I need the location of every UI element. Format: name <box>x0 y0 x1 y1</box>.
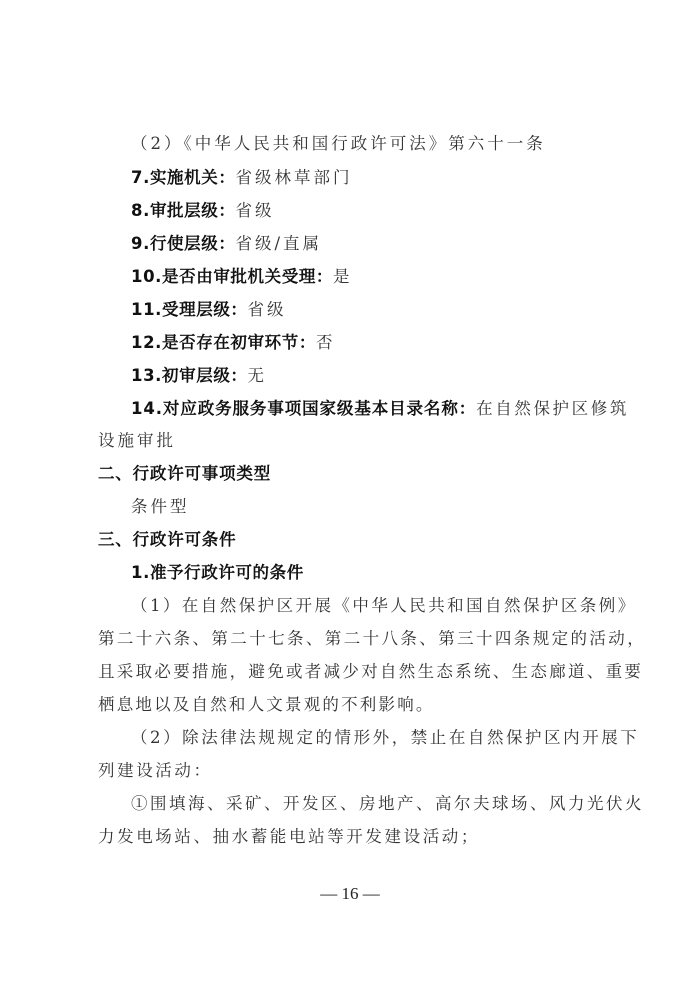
field-value: 在自然保护区修筑 <box>476 399 629 418</box>
section-2-body: 条件型 <box>131 490 603 523</box>
legal-basis-line: （2）《中华人民共和国行政许可法》第六十一条 <box>131 127 603 160</box>
paragraph-1-line-2: 第二十六条、第二十七条、第二十八条、第三十四条规定的活动， <box>98 622 603 655</box>
paragraph-2-line-2: 列建设活动： <box>98 754 603 787</box>
field-value: 否 <box>316 333 336 352</box>
field-national-catalog-name: 14.对应政务服务事项国家级基本目录名称：在自然保护区修筑 <box>131 392 603 425</box>
field-label: 11.受理层级： <box>131 300 248 319</box>
paragraph-1-line-1: （1）在自然保护区开展《中华人民共和国自然保护区条例》 <box>131 589 603 622</box>
field-label: 10.是否由审批机关受理： <box>131 267 333 286</box>
field-approval-level: 8.审批层级：省级 <box>131 194 603 227</box>
page-number: — 16 — <box>0 884 700 904</box>
field-acceptance-level: 11.受理层级：省级 <box>131 293 603 326</box>
legal-basis-text: （2）《中华人民共和国行政许可法》第六十一条 <box>131 134 546 153</box>
field-value: 无 <box>248 366 268 385</box>
paragraph-1-line-3: 且采取必要措施，避免或者减少对自然生态系统、生态廊道、重要 <box>98 655 603 688</box>
field-national-catalog-name-continuation: 设施审批 <box>98 424 603 457</box>
field-value: 省级 <box>235 201 274 220</box>
field-label: 12.是否存在初审环节： <box>131 333 316 352</box>
paragraph-2-line-1: （2）除法律法规规定的情形外，禁止在自然保护区内开展下 <box>131 721 603 754</box>
field-value: 省级林草部门 <box>235 168 352 187</box>
paragraph-3-line-2: 力发电场站、抽水蓄能电站等开发建设活动； <box>98 820 603 853</box>
field-implementing-agency: 7.实施机关：省级林草部门 <box>131 161 603 194</box>
field-preliminary-review: 12.是否存在初审环节：否 <box>131 326 603 359</box>
field-value: 是 <box>333 267 353 286</box>
field-label: 9.行使层级： <box>131 234 235 253</box>
field-exercise-level: 9.行使层级：省级/直属 <box>131 227 603 260</box>
paragraph-3-line-1: ①围填海、采矿、开发区、房地产、高尔夫球场、风力光伏火 <box>131 787 603 820</box>
section-3-subheading: 1.准予行政许可的条件 <box>131 556 603 589</box>
section-3-heading: 三、行政许可条件 <box>98 523 603 556</box>
document-page: （2）《中华人民共和国行政许可法》第六十一条 7.实施机关：省级林草部门 8.审… <box>0 0 700 989</box>
field-preliminary-review-level: 13.初审层级：无 <box>131 359 603 392</box>
section-2-heading: 二、行政许可事项类型 <box>98 457 603 490</box>
field-label: 7.实施机关： <box>131 168 235 187</box>
field-label: 8.审批层级： <box>131 201 235 220</box>
field-value-continuation: 设施审批 <box>98 431 176 450</box>
paragraph-1-line-4: 栖息地以及自然和人文景观的不利影响。 <box>98 688 603 721</box>
field-value: 省级/直属 <box>235 234 322 253</box>
field-label: 14.对应政务服务事项国家级基本目录名称： <box>131 399 476 418</box>
field-value: 省级 <box>248 300 287 319</box>
field-label: 13.初审层级： <box>131 366 248 385</box>
field-accepted-by-approver: 10.是否由审批机关受理：是 <box>131 260 603 293</box>
